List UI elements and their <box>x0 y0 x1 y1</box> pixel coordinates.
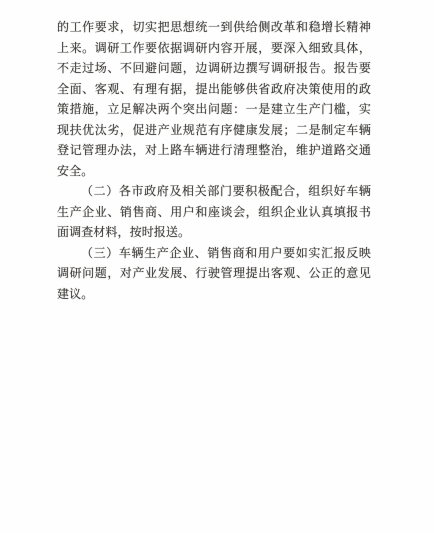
paragraph-item-2: （二）各市政府及相关部门要积极配合，组织好车辆生产企业、销售商、用户和座谈会，组… <box>57 181 371 243</box>
document-page: 的工作要求，切实把思想统一到供给侧改革和稳增长精神上来。调研工作要依据调研内容开… <box>0 0 434 533</box>
paragraph-item-3: （三）车辆生产企业、销售商和用户要如实汇报反映调研问题，对产业发展、行驶管理提出… <box>57 243 371 305</box>
document-text-block: 的工作要求，切实把思想统一到供给侧改革和稳增长精神上来。调研工作要依据调研内容开… <box>57 17 371 304</box>
paragraph-continuation: 的工作要求，切实把思想统一到供给侧改革和稳增长精神上来。调研工作要依据调研内容开… <box>57 17 371 181</box>
